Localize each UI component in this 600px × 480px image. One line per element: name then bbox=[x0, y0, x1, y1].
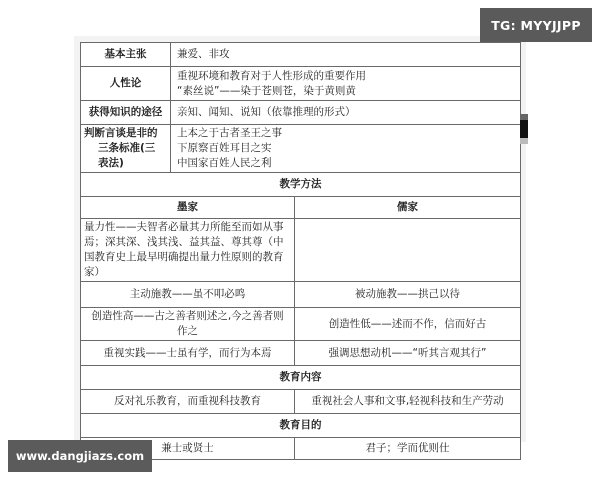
table-row-knowledge-paths: 获得知识的途径 亲知、闻知、说知（依靠推理的形式） bbox=[81, 101, 521, 125]
column-header-mohist: 墨家 bbox=[81, 197, 295, 219]
table-row-three-standards: 判断言谈是非的 三条标准(三 表法) 上本之于古者圣王之事 下原察百姓耳目之实 … bbox=[81, 125, 521, 173]
telegram-watermark-badge: TG: MYYJJPP bbox=[480, 8, 592, 42]
confucian-cell: 强调思想动机——“听其言观其行” bbox=[295, 341, 521, 366]
table-row-human-nature: 人性论 重视环境和教育对于人性形成的重要作用 “素丝说”——染于苍则苍，染于黄则… bbox=[81, 67, 521, 101]
mohist-cell: 创造性高——古之善者则述之,今之善者则作之 bbox=[81, 308, 295, 341]
value-line: 上本之于古者圣王之事 bbox=[177, 126, 514, 141]
label-line: 三条标准(三 bbox=[84, 141, 164, 156]
confucian-cell bbox=[295, 219, 521, 282]
column-header-row: 墨家 儒家 bbox=[81, 197, 521, 219]
section-title: 教育内容 bbox=[81, 366, 521, 390]
section-header-teaching-methods: 教学方法 bbox=[81, 173, 521, 197]
confucian-cell: 君子；学而优则仕 bbox=[295, 438, 521, 460]
value-line: 重视环境和教育对于人性形成的重要作用 bbox=[177, 69, 514, 84]
table-row-method: 量力性——夫智者必量其力所能至而如从事焉；深其深、浅其浅、益其益、尊其尊（中国教… bbox=[81, 219, 521, 282]
row-label: 判断言谈是非的 三条标准(三 表法) bbox=[81, 125, 171, 173]
page-edge-marker bbox=[520, 120, 528, 138]
site-url-watermark-badge: www.dangjiazs.com bbox=[8, 440, 152, 472]
mohist-cell: 主动施教——虽不叩必鸣 bbox=[81, 282, 295, 308]
row-value: 重视环境和教育对于人性形成的重要作用 “素丝说”——染于苍则苍，染于黄则黄 bbox=[171, 67, 521, 101]
section-title: 教学方法 bbox=[81, 173, 521, 197]
confucian-cell: 被动施教——拱己以待 bbox=[295, 282, 521, 308]
mohist-cell: 重视实践——士虽有学，而行为本焉 bbox=[81, 341, 295, 366]
section-header-education-goal: 教育目的 bbox=[81, 414, 521, 438]
value-line: 下原察百姓耳目之实 bbox=[177, 141, 514, 156]
table-row-basic-tenets: 基本主张 兼爱、非攻 bbox=[81, 43, 521, 67]
row-value: 上本之于古者圣王之事 下原察百姓耳目之实 中国家百姓人民之利 bbox=[171, 125, 521, 173]
label-line: 表法) bbox=[84, 156, 164, 171]
table-row-method: 主动施教——虽不叩必鸣 被动施教——拱己以待 bbox=[81, 282, 521, 308]
section-title: 教育目的 bbox=[81, 414, 521, 438]
section-header-education-content: 教育内容 bbox=[81, 366, 521, 390]
row-label: 人性论 bbox=[81, 67, 171, 101]
value-line: “素丝说”——染于苍则苍，染于黄则黄 bbox=[177, 84, 514, 99]
table-row-method: 创造性高——古之善者则述之,今之善者则作之 创造性低——述而不作，信而好古 bbox=[81, 308, 521, 341]
table-row-content: 反对礼乐教育，而重视科技教育 重视社会人事和文事,轻视科技和生产劳动 bbox=[81, 390, 521, 414]
row-label: 基本主张 bbox=[81, 43, 171, 67]
row-value: 兼爱、非攻 bbox=[171, 43, 521, 67]
mohist-cell: 反对礼乐教育，而重视科技教育 bbox=[81, 390, 295, 414]
label-line: 判断言谈是非的 bbox=[84, 126, 164, 141]
confucian-cell: 创造性低——述而不作，信而好古 bbox=[295, 308, 521, 341]
value-line: 中国家百姓人民之利 bbox=[177, 156, 514, 171]
confucian-cell: 重视社会人事和文事,轻视科技和生产劳动 bbox=[295, 390, 521, 414]
mozi-education-comparison-table: 基本主张 兼爱、非攻 人性论 重视环境和教育对于人性形成的重要作用 “素丝说”—… bbox=[80, 42, 521, 460]
mohist-cell: 量力性——夫智者必量其力所能至而如从事焉；深其深、浅其浅、益其益、尊其尊（中国教… bbox=[81, 219, 295, 282]
table-row-method: 重视实践——士虽有学，而行为本焉 强调思想动机——“听其言观其行” bbox=[81, 341, 521, 366]
row-label: 获得知识的途径 bbox=[81, 101, 171, 125]
row-value: 亲知、闻知、说知（依靠推理的形式） bbox=[171, 101, 521, 125]
column-header-confucian: 儒家 bbox=[295, 197, 521, 219]
